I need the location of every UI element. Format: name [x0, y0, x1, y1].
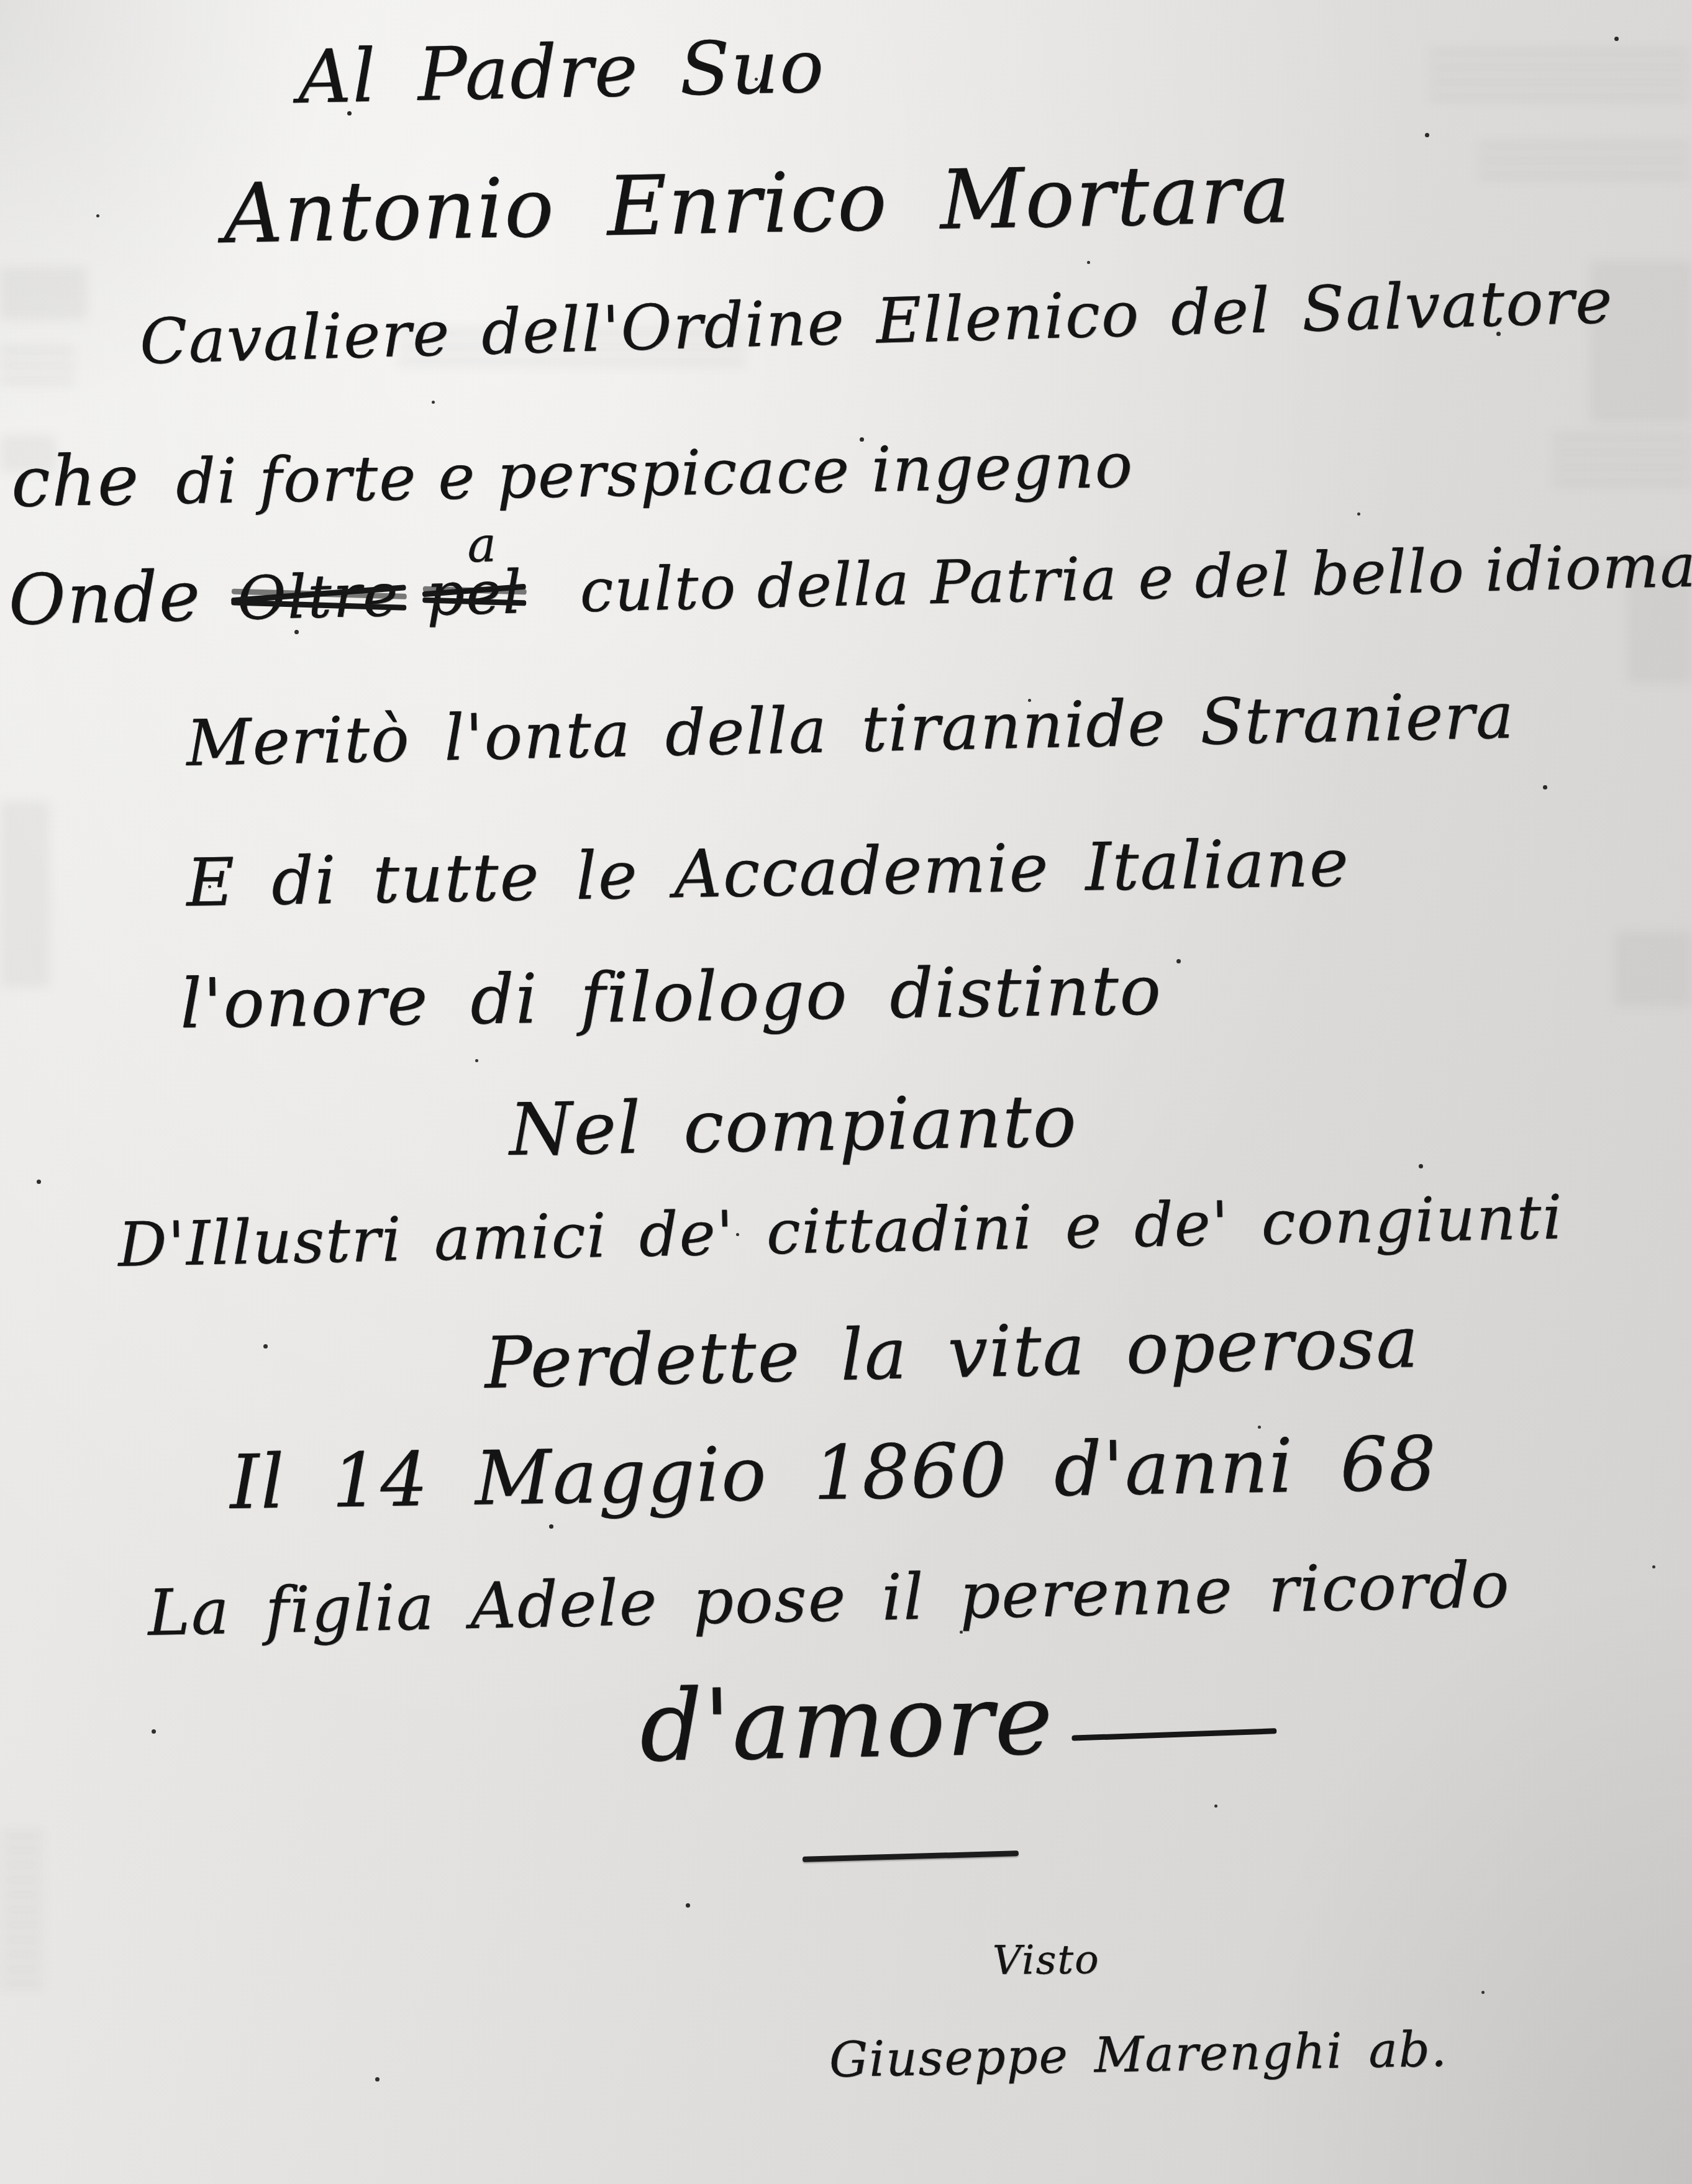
ingegno-text: di forte e perspicace ingegno: [175, 429, 1134, 518]
visto-label: Visto: [993, 1937, 1100, 1984]
line-ingegno: chedi forte e perspicace ingegno: [11, 422, 1134, 523]
line-amore: d'amore: [639, 1658, 1277, 1784]
ghost-bleedthrough: [0, 801, 50, 988]
culto-text: culto della Patria e del bello idioma: [579, 530, 1692, 626]
divider-line: [803, 1850, 1019, 1862]
manuscript-page: Al Padre Suo Antonio Enrico Mortara Cava…: [0, 0, 1692, 2184]
ghost-bleedthrough: [1429, 50, 1690, 109]
name-line: Antonio Enrico Mortara: [223, 146, 1292, 262]
line-compianto: Nel compianto: [509, 1080, 1078, 1172]
amore-text: d'amore: [639, 1662, 1055, 1784]
struck-word-oltre: Oltre: [237, 560, 400, 634]
line-filologo: l'onore di filologo distinto: [180, 950, 1163, 1044]
ghost-bleedthrough: [0, 348, 75, 391]
line-merito: Meritò l'onta della tirannide Straniera: [186, 679, 1516, 781]
ghost-bleedthrough: [1615, 932, 1692, 1006]
line-date: Il 14 Maggio 1860 d'anni 68: [229, 1421, 1438, 1526]
flourish-dash: [1071, 1728, 1276, 1741]
signature-line: Giuseppe Marenghi ab.: [829, 2022, 1448, 2088]
ghost-bleedthrough: [1478, 143, 1690, 180]
honorific-line: Cavaliere dell'Ordine Ellenico del Salva…: [139, 265, 1614, 378]
line-figlia: La figlia Adele pose il perenne ricordo: [147, 1548, 1511, 1650]
line-accademie: E di tutte le Accademie Italiane: [186, 824, 1350, 921]
correction-group: apel: [425, 557, 550, 629]
margin-note-che: che: [11, 440, 140, 523]
line-illustri: D'Illustri amici de' cittadini e de' con…: [117, 1182, 1564, 1281]
struck-word-pel: pel: [425, 557, 523, 629]
dedication-line: Al Padre Suo: [298, 23, 826, 120]
line-perdette: Perdette la vita operosa: [483, 1301, 1420, 1404]
photocopy-noise: [0, 0, 3, 3]
ghost-bleedthrough: [1553, 435, 1692, 491]
ghost-bleedthrough: [0, 267, 87, 320]
margin-note-onde: Onde: [8, 556, 202, 641]
line-culto: OndeOltreapelculto della Patria e del be…: [8, 522, 1692, 641]
ghost-bleedthrough: [0, 1832, 43, 1994]
